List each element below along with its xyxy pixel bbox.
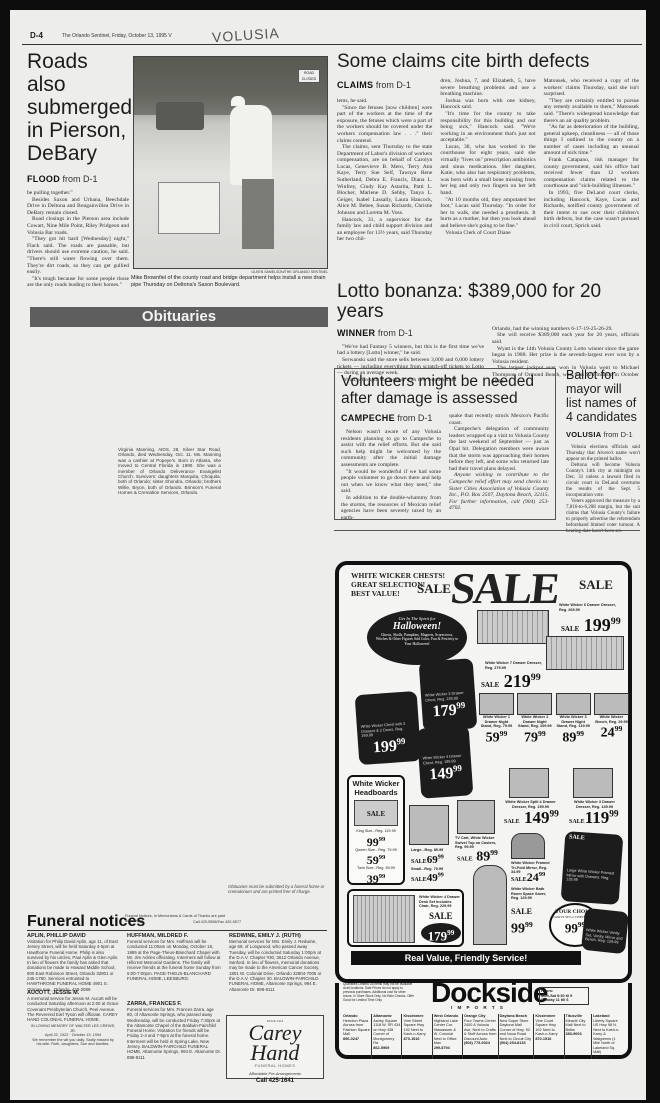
jump-line: CAMPECHE from D-1 bbox=[341, 413, 441, 423]
dateline: The Orlando Sentinel, Friday, October 13… bbox=[62, 33, 172, 39]
price-dollars: 39 bbox=[367, 872, 379, 886]
contact-line: Call 420-5558/Fax 420-5577 bbox=[193, 920, 241, 924]
sale-label: SALE bbox=[511, 877, 527, 883]
price-cents: 99 bbox=[609, 809, 618, 819]
price-dollars: 99 bbox=[511, 922, 525, 937]
price-dollars: 179 bbox=[428, 928, 448, 943]
paragraph: Joshua was born with one kidney, Hancock… bbox=[440, 98, 535, 111]
headline: Volunteers might be needed after damage … bbox=[341, 373, 549, 407]
price-cents: 99 bbox=[453, 763, 462, 774]
price-cents: 99 bbox=[538, 729, 546, 738]
paragraph: She will receive $389,000 each year for … bbox=[492, 332, 639, 345]
dresser-image bbox=[477, 610, 549, 644]
column: CLAIMS from D-1 lems, he said. "Since th… bbox=[337, 78, 432, 243]
jump-word: CLAIMS bbox=[337, 80, 373, 90]
worker-shirt bbox=[230, 105, 272, 185]
jump-line: FLOOD from D-1 bbox=[27, 174, 129, 184]
item-price: 7999 bbox=[517, 729, 552, 747]
item-desc: White Wicker 6 Drawer Dresser, Reg. 269.… bbox=[559, 603, 619, 612]
article-body: be pulling together." Besides Saxon and … bbox=[27, 190, 129, 289]
size-label: Twin Size...Reg. 59.99 bbox=[349, 866, 403, 871]
article-columns: CAMPECHE from D-1 Nelson wasn't aware of… bbox=[341, 413, 549, 521]
paragraph: dren, Joshua, 7, and Elizabeth, 5, have … bbox=[440, 78, 535, 98]
item-price: 14999 bbox=[419, 762, 472, 785]
price-dollars: 149 bbox=[429, 765, 454, 784]
price-dollars: 69 bbox=[427, 854, 438, 866]
worker-pants bbox=[242, 179, 274, 249]
chest-promo: White Wicker 4 Drawer Chest, Reg. 199.99… bbox=[417, 725, 474, 798]
vanity-promo: SALE Large White Wicker Framed Mirror wi… bbox=[561, 831, 624, 905]
price-cents: 99 bbox=[438, 854, 444, 860]
price-dollars: 59 bbox=[486, 730, 500, 745]
column: quake that recently struck Mexico's Paci… bbox=[449, 413, 549, 521]
price-dollars: 179 bbox=[432, 702, 457, 721]
column: Matousek, who received a copy of the wor… bbox=[544, 78, 639, 243]
jump-word: VOLUSIA bbox=[566, 430, 601, 439]
price-dollars: 99 bbox=[565, 920, 578, 935]
sale-label: SALE bbox=[411, 859, 427, 865]
price-dollars: 89 bbox=[562, 730, 576, 745]
product: White Wicker 2 Drawer Night Stand, Reg. … bbox=[517, 693, 552, 746]
jump-from: from D-1 bbox=[376, 80, 411, 90]
store-list: OrlandoHerndon Plaza Across from Fashion… bbox=[343, 1014, 623, 1059]
funeral-notices-header: Funeral notices Funeral Notices, In Memo… bbox=[27, 913, 327, 931]
sale-label: SALE bbox=[457, 857, 473, 863]
paragraph: Deltona will become Volusia County's 14t… bbox=[566, 463, 640, 499]
store-location: LakelandLiberty Square US Hwy 98 N. Next… bbox=[593, 1014, 623, 1059]
jump-word: WINNER bbox=[337, 328, 375, 338]
item-desc: White Wicker Vanity Set, Vanity, Mirror … bbox=[585, 928, 624, 945]
price-cents: 99 bbox=[396, 735, 405, 746]
product-image bbox=[594, 693, 629, 715]
price-cents: 99 bbox=[447, 929, 454, 937]
paragraph: Campeche's delegation of community leade… bbox=[449, 426, 549, 472]
item-desc: White Wicker 1 Drawer Night Stand, Reg. … bbox=[479, 715, 514, 729]
price-dollars: 59 bbox=[367, 853, 379, 867]
store-location: Orange CityFour Towns Center 2400 A Volu… bbox=[464, 1014, 499, 1059]
item-price: SALE 21999 bbox=[481, 671, 541, 692]
store-info: Vine Court Square Hwy 192 Next to Kash-n… bbox=[535, 1019, 562, 1037]
store-phone: 870-1516 bbox=[403, 1037, 419, 1041]
store-phone: 862-5969 bbox=[373, 1046, 389, 1050]
headline: Lotto bonanza: $389,000 for 20 years bbox=[337, 282, 639, 322]
paragraph: "It's time for the county to take respon… bbox=[440, 111, 535, 144]
store-city: Lakeland bbox=[593, 1014, 609, 1018]
jump-line: WINNER from D-1 bbox=[337, 328, 484, 338]
column: CAMPECHE from D-1 Nelson wasn't aware of… bbox=[341, 413, 441, 521]
paragraph: "They are certainly entitled to pursue a… bbox=[544, 98, 639, 124]
item-price: SALE9999 bbox=[511, 905, 533, 936]
truck bbox=[156, 102, 204, 130]
store-location: KissimmeeVine Court Square Hwy 192 Next … bbox=[535, 1014, 564, 1059]
tv-cart-image bbox=[457, 800, 495, 834]
notice-text: Funeral services for Mrs. Frances Zarra,… bbox=[127, 1007, 221, 1060]
price-dollars: 199 bbox=[372, 737, 397, 756]
price-cents: 99 bbox=[379, 836, 386, 843]
hard-hat bbox=[231, 96, 245, 106]
paragraph: quake that recently struck Mexico's Paci… bbox=[449, 413, 549, 426]
funeral-notice: ZARRA, FRANCES F. Funeral services for M… bbox=[127, 1001, 221, 1060]
carey-hand-ad: SINCE 1914 Carey Hand FUNERAL HOMES Affo… bbox=[226, 1015, 324, 1079]
funeral-notice: APLIN, PHILLIP DAVID Visitation for Phil… bbox=[27, 933, 119, 992]
store-city: Orlando bbox=[343, 1014, 358, 1018]
item-desc: White Wicker Bath Room Space Saver, Reg.… bbox=[511, 887, 551, 901]
price-dollars: 49 bbox=[427, 872, 438, 884]
store-phone: 299-8794 bbox=[434, 1046, 450, 1050]
price-dollars: 149 bbox=[524, 808, 550, 827]
paragraph: Hancock, 31, a supervisor for the family… bbox=[337, 217, 432, 243]
sale-label: SALE bbox=[569, 834, 619, 843]
jump-word: CAMPECHE bbox=[341, 413, 395, 423]
item-desc: White Wicker Bench, Reg. 29.99 bbox=[594, 715, 629, 724]
price-dollars: 24 bbox=[527, 870, 539, 884]
obituary-note: Obituaries must be submitted by a funera… bbox=[228, 884, 326, 895]
paragraph: "They got hit hard [Wednesday] night," F… bbox=[27, 236, 129, 276]
paragraph: Frank Catapano, risk manager for county … bbox=[544, 157, 639, 190]
sale-label: SALE bbox=[481, 681, 499, 689]
item-price: 3999 bbox=[349, 871, 403, 885]
product: White Wicker Bench, Reg. 29.99 2499 bbox=[594, 693, 629, 746]
item-price: 9999 bbox=[349, 834, 403, 848]
dresser-image bbox=[546, 636, 624, 670]
store-location: KissimmeeVine Street Square Hwy 192 Next… bbox=[403, 1014, 432, 1059]
paragraph: lems, he said. bbox=[337, 98, 432, 105]
claims-story: Some claims cite birth defects CLAIMS fr… bbox=[337, 52, 639, 243]
price-dollars: 24 bbox=[601, 726, 615, 741]
fine-print: Quantities Limited. All items may not be… bbox=[343, 983, 415, 1003]
paragraph: Road closings in the Pierson area includ… bbox=[27, 216, 129, 236]
product-image bbox=[573, 768, 613, 798]
memoriam-heading: IN LOVING MEMORY OF WALTER LEE CREWS, JR… bbox=[30, 1024, 116, 1033]
store-phone: 870-1516 bbox=[535, 1037, 551, 1041]
price-cents: 99 bbox=[456, 700, 465, 711]
product-image bbox=[509, 768, 549, 798]
store-info: Liberty Square US Hwy 98 N. Next to Kash… bbox=[593, 1019, 623, 1055]
paragraph: In addition to the double-whammy from th… bbox=[341, 495, 441, 521]
promo-line: WHITE WICKER CHESTS! bbox=[351, 571, 461, 580]
pre-arrangements: Affordable Pre-Arrangements bbox=[227, 1071, 323, 1076]
price-cents: 99 bbox=[539, 871, 546, 878]
brand-name: Carey Hand bbox=[227, 1023, 323, 1063]
jump-line: VOLUSIA from D-1 bbox=[566, 430, 640, 439]
chest-promo: White Wicker 3 Drawer Chest, Reg. 229.99… bbox=[419, 658, 478, 732]
headboards-title: White Wicker Headboards bbox=[349, 780, 403, 797]
paragraph: "It would be wonderful if we had some pe… bbox=[341, 469, 441, 495]
store-info: Herndon Plaza Across from Fashion Square… bbox=[343, 1019, 370, 1037]
halloween-promo: Get In The Spirit for Halloween! Ghosts,… bbox=[367, 610, 467, 665]
headline: Some claims cite birth defects bbox=[337, 52, 639, 72]
item-desc: White Wicker 4 Drawer Desk Set Includes … bbox=[419, 895, 461, 909]
paragraph: "It's tough because for some people thos… bbox=[27, 276, 129, 289]
paragraph: Nelson wasn't aware of any Volusia resid… bbox=[341, 429, 441, 469]
sale-big: SALE bbox=[448, 563, 560, 614]
nightstand-row: White Wicker 1 Drawer Night Stand, Reg. … bbox=[479, 693, 629, 746]
item-price: 2499 bbox=[594, 724, 629, 742]
store-location: West OrlandoHighland Lake Center Cor. Hi… bbox=[434, 1014, 463, 1059]
item-price: SALE11999 bbox=[569, 808, 619, 828]
item-desc: White Wicker 7 Drawer Dresser, Reg. 279.… bbox=[485, 661, 545, 670]
obituary-entry: Virginia Manning, AIDS, 28, Silver Star … bbox=[118, 447, 221, 496]
ad-banner: Real Value, Friendly Service! bbox=[351, 951, 581, 965]
sale-small-left: SALE bbox=[417, 581, 451, 597]
price-cents: 99 bbox=[379, 854, 386, 861]
obituaries-bar: Obituaries bbox=[30, 307, 328, 327]
size-label: King Size...Reg. 119.99 bbox=[349, 829, 403, 834]
item-price: 5999 bbox=[349, 852, 403, 866]
headline: Ballot for mayor will list names of 4 ca… bbox=[566, 368, 640, 424]
store-city: Daytona Beach bbox=[500, 1014, 527, 1018]
item-desc: White Wicker 3 Drawer Night Stand, Reg. … bbox=[556, 715, 591, 729]
paragraph: Volusia elections officials said Thursda… bbox=[566, 445, 640, 463]
headline: Roads also submerged in Pierson, DeBary bbox=[27, 50, 129, 165]
price-dollars: 79 bbox=[524, 730, 538, 745]
store-location: OrlandoHerndon Plaza Across from Fashion… bbox=[343, 1014, 372, 1059]
store-info: Vine Street Square Hwy 192 Next to Kash-… bbox=[403, 1019, 430, 1037]
item-price: 5999 bbox=[479, 729, 514, 747]
jump-line: CLAIMS from D-1 bbox=[337, 80, 432, 90]
product: White Wicker 1 Drawer Night Stand, Reg. … bbox=[479, 693, 514, 746]
store-info: Miracle City Mall Next to Belks bbox=[566, 1019, 591, 1033]
funeral-notice: AUCOTT, JESSIE M. A memorial service for… bbox=[27, 990, 119, 1022]
article-columns: CLAIMS from D-1 lems, he said. "Since th… bbox=[337, 78, 639, 243]
store-location: Daytona BeachNew Super Store Daytona Mal… bbox=[500, 1014, 535, 1059]
item-price: SALE4999 bbox=[411, 872, 444, 884]
item-desc: White Wicker 2 Drawer Night Stand, Reg. … bbox=[517, 715, 552, 729]
chest-promo: White Wicker Chest with 3 Drawers & 2 Do… bbox=[355, 691, 422, 765]
notice-text: A memorial service for Jessie M. Aucott … bbox=[27, 996, 119, 1022]
paragraph: In 1993, five DeLand court clerks, inclu… bbox=[544, 190, 639, 230]
trunk-size: Small...Reg. 79.99 bbox=[411, 867, 451, 872]
price-dollars: 119 bbox=[585, 808, 610, 827]
store-location: AltamonteAshby Square 1118 W. SR 434 on … bbox=[373, 1014, 402, 1059]
desk-image bbox=[353, 895, 415, 943]
product: White Wicker 3 Drawer Night Stand, Reg. … bbox=[556, 693, 591, 746]
price-cents: 99 bbox=[611, 616, 621, 627]
notice-text: Funeral services for Mrs. Huffman will b… bbox=[127, 939, 221, 981]
store-city: Kissimmee bbox=[403, 1014, 423, 1018]
sale-label: SALE bbox=[569, 819, 585, 825]
paragraph: Lucas, 38, who has worked in the courtho… bbox=[440, 144, 535, 197]
halloween-title: Halloween! bbox=[367, 621, 467, 632]
jump-from: from D-1 bbox=[63, 174, 98, 184]
product-image bbox=[517, 693, 552, 715]
sale-label: SALE bbox=[504, 819, 520, 825]
price-cents: 99 bbox=[500, 729, 508, 738]
price-dollars: 219 bbox=[504, 671, 531, 691]
brand-tagline: FUNERAL HOMES bbox=[227, 1063, 323, 1068]
store-info: Ashby Square 1118 W. SR 434 on Hwy 436 C… bbox=[373, 1019, 400, 1046]
item-price: 17999 bbox=[421, 923, 461, 943]
store-phone: 896-0247 bbox=[343, 1037, 359, 1041]
price-cents: 99 bbox=[615, 724, 623, 733]
funeral-notice: HUFFMAN, MILDRED F. Funeral services for… bbox=[127, 933, 221, 981]
item-price: SALE2499 bbox=[511, 870, 545, 885]
headboard-image: SALE bbox=[354, 800, 398, 826]
campeche-story: Volunteers might be needed after damage … bbox=[334, 368, 556, 520]
price-dollars: 99 bbox=[367, 835, 379, 849]
store-city: Kissimmee bbox=[535, 1014, 555, 1018]
store-city: Orange City bbox=[464, 1014, 486, 1018]
hours-line: Sunday 11 till 6 bbox=[541, 998, 587, 1003]
page-number: D-4 bbox=[30, 31, 43, 40]
store-info: Four Towns Center 2400 A Volusia Ave. Ne… bbox=[464, 1019, 497, 1042]
item-price: 17999 bbox=[421, 699, 476, 722]
sale-label: SALE bbox=[561, 625, 579, 633]
memoriam: IN LOVING MEMORY OF WALTER LEE CREWS, JR… bbox=[30, 1024, 116, 1047]
trunk-image bbox=[409, 805, 449, 845]
mirror-image bbox=[511, 833, 545, 859]
notice-text: Memorial services for Mrs. Emily J. Redw… bbox=[229, 939, 325, 992]
paragraph: "Since the fetuses [now children] were p… bbox=[337, 105, 432, 145]
item-price: SALE 14999 bbox=[504, 808, 559, 828]
store-location: TitusvilleMiracle City Mall Next to Belk… bbox=[566, 1014, 593, 1059]
paragraph: Besides Saxon and Urbana, Beechdale Driv… bbox=[27, 197, 129, 217]
section-stamp: VOLUSIA bbox=[212, 25, 281, 46]
price-cents: 99 bbox=[438, 872, 444, 878]
notice-text: Visitation for Philip David Aplin, age 1… bbox=[27, 939, 119, 992]
paragraph: "As far as deterioration of the building… bbox=[544, 124, 639, 157]
sale-label: SALE bbox=[511, 905, 533, 918]
divider bbox=[334, 530, 640, 531]
photo-credit: GLEEN SAMELSON/THE ORLANDO SENTINEL bbox=[133, 270, 328, 274]
price-cents: 99 bbox=[531, 672, 541, 683]
paragraph: Volusia Clerk of Court Diane bbox=[440, 230, 535, 237]
paragraph: Wyatt is the 14th Volusia County Lotto w… bbox=[492, 346, 639, 366]
halloween-body: Ghosts, Skulls, Pumpkins, Magnets, Scare… bbox=[367, 632, 467, 647]
jump-word: FLOOD bbox=[27, 174, 60, 184]
store-hours: Hours: Mon-Sat 9:30 til 9 Sunday 11 till… bbox=[539, 987, 589, 1005]
price-cents: 99 bbox=[576, 729, 584, 738]
space-saver-image bbox=[473, 865, 507, 945]
price-dollars: 89 bbox=[476, 850, 490, 865]
store-info: Highland Lake Center Cor. Hiawassee & W.… bbox=[434, 1019, 461, 1046]
item-price: SALE6999 bbox=[411, 854, 444, 866]
price-cents: 99 bbox=[490, 848, 498, 857]
page-header: D-4 The Orlando Sentinel, Friday, Octobe… bbox=[22, 27, 642, 45]
headboards-box: White Wicker Headboards SALE King Size..… bbox=[347, 775, 405, 885]
item-price: SALE 8999 bbox=[457, 848, 498, 866]
paragraph: Anyone wishing to contribute to the Camp… bbox=[449, 472, 549, 512]
jump-from: from D-1 bbox=[604, 430, 633, 439]
memoriam-text: We remember the wit you daily. Sadly mis… bbox=[30, 1038, 116, 1047]
store-phone: 858-6961 bbox=[593, 1055, 609, 1059]
price-cents: 99 bbox=[549, 809, 558, 819]
store-phone: 383-9003 bbox=[566, 1032, 582, 1036]
column: dren, Joshua, 7, and Elizabeth, 5, have … bbox=[440, 78, 535, 243]
article-body: Volusia elections officials said Thursda… bbox=[566, 445, 640, 535]
price-cents: 99 bbox=[525, 920, 533, 929]
paragraph: be pulling together." bbox=[27, 190, 129, 197]
paragraph: "We've had Fantasy 5 winners, but this i… bbox=[337, 344, 484, 357]
price-dollars: 199 bbox=[584, 615, 611, 635]
photo-caption: Mike Brownfiel of the county road and br… bbox=[131, 275, 329, 288]
item-desc: Large White Wicker Framed Mirror with Dr… bbox=[566, 868, 617, 885]
store-phone: (904) 254-8133 bbox=[500, 1041, 526, 1045]
desk-set-box: White Wicker 4 Drawer Desk Set Includes … bbox=[347, 889, 464, 947]
paragraph: The claims, sent Thursday to the state D… bbox=[337, 144, 432, 217]
news-photo: ROAD CLOSED bbox=[133, 56, 328, 269]
store-city: West Orlando bbox=[434, 1014, 459, 1018]
saw-machine bbox=[158, 182, 220, 234]
brand-sub: I M P O R T S bbox=[451, 1005, 505, 1010]
trunk-size: Large...Reg. 89.99 bbox=[411, 848, 451, 853]
product-image bbox=[556, 693, 591, 715]
jump-from: from D-1 bbox=[397, 413, 432, 423]
sale-label: SALE bbox=[411, 877, 427, 883]
sale-label: SALE bbox=[429, 911, 453, 921]
phone-line: Call 425-1641 bbox=[227, 1078, 323, 1084]
jump-from: from D-1 bbox=[378, 328, 413, 338]
ballot-story: Ballot for mayor will list names of 4 ca… bbox=[566, 368, 640, 535]
store-info: New Super Store Daytona Mall Corner of H… bbox=[500, 1019, 533, 1042]
store-city: Altamonte bbox=[373, 1014, 392, 1018]
paragraph: "At 10 months old, they amputated her fo… bbox=[440, 197, 535, 230]
road-closed-sign: ROAD CLOSED bbox=[298, 69, 320, 83]
item-price: SALE 19999 bbox=[561, 615, 621, 636]
sale-small-right: SALE bbox=[579, 577, 613, 593]
dockside-ad: WHITE WICKER CHESTS! GREAT SELECTION! BE… bbox=[335, 561, 632, 983]
store-phone: (904) 775-0024 bbox=[464, 1041, 490, 1045]
vanity-set-promo: White Wicker Vanity Set, Vanity, Mirror … bbox=[581, 908, 629, 954]
store-city: Titusville bbox=[566, 1014, 582, 1018]
item-price: 8999 bbox=[556, 729, 591, 747]
product-image bbox=[479, 693, 514, 715]
flood-story: Roads also submerged in Pierson, DeBary … bbox=[27, 50, 129, 289]
price-cents: 99 bbox=[379, 873, 386, 880]
dockside-footer: Quantities Limited. All items may not be… bbox=[335, 983, 632, 1059]
paragraph: Matousek, who received a copy of the wor… bbox=[544, 78, 639, 98]
funeral-notice: REDWINE, EMILY J. (RUTH) Memorial servic… bbox=[229, 933, 325, 992]
